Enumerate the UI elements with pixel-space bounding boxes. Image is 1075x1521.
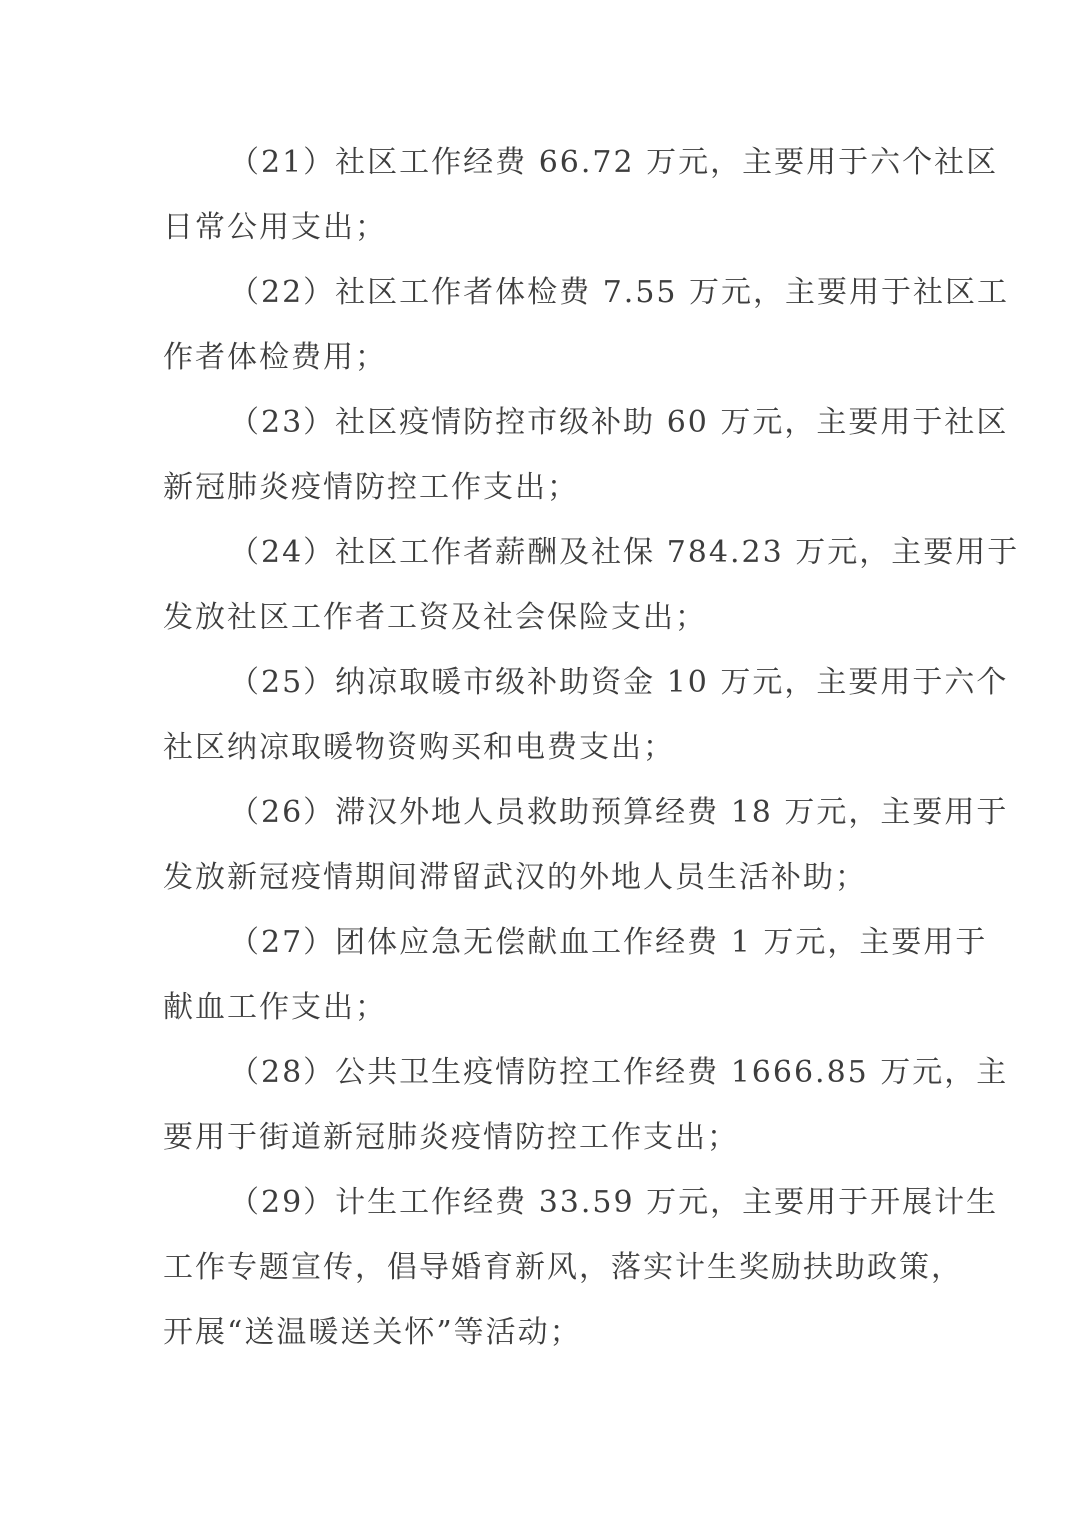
paragraph-26: （26）滞汉外地人员救助预算经费 18 万元，主要用于发放新冠疫情期间滞留武汉的… bbox=[163, 780, 910, 910]
text-line: （27）团体应急无偿献血工作经费 1 万元，主要用于 bbox=[163, 910, 910, 975]
paragraph-23: （23）社区疫情防控市级补助 60 万元，主要用于社区新冠肺炎疫情防控工作支出； bbox=[163, 390, 910, 520]
text-line: （29）计生工作经费 33.59 万元，主要用于开展计生 bbox=[163, 1170, 910, 1235]
text-line: 工作专题宣传，倡导婚育新风，落实计生奖励扶助政策， bbox=[163, 1235, 910, 1300]
text-line: 献血工作支出； bbox=[163, 975, 910, 1040]
text-line: 社区纳凉取暖物资购买和电费支出； bbox=[163, 715, 910, 780]
paragraph-28: （28）公共卫生疫情防控工作经费 1666.85 万元，主要用于街道新冠肺炎疫情… bbox=[163, 1040, 910, 1170]
text-line: 新冠肺炎疫情防控工作支出； bbox=[163, 455, 910, 520]
paragraph-29: （29）计生工作经费 33.59 万元，主要用于开展计生工作专题宣传，倡导婚育新… bbox=[163, 1170, 910, 1365]
document-body: （21）社区工作经费 66.72 万元，主要用于六个社区日常公用支出；（22）社… bbox=[163, 130, 910, 1365]
text-line: 日常公用支出； bbox=[163, 195, 910, 260]
text-line: （25）纳凉取暖市级补助资金 10 万元，主要用于六个 bbox=[163, 650, 910, 715]
text-line: （26）滞汉外地人员救助预算经费 18 万元，主要用于 bbox=[163, 780, 910, 845]
text-line: 作者体检费用； bbox=[163, 325, 910, 390]
paragraph-22: （22）社区工作者体检费 7.55 万元，主要用于社区工作者体检费用； bbox=[163, 260, 910, 390]
document-page: （21）社区工作经费 66.72 万元，主要用于六个社区日常公用支出；（22）社… bbox=[0, 0, 1075, 1521]
paragraph-25: （25）纳凉取暖市级补助资金 10 万元，主要用于六个社区纳凉取暖物资购买和电费… bbox=[163, 650, 910, 780]
text-line: （21）社区工作经费 66.72 万元，主要用于六个社区 bbox=[163, 130, 910, 195]
text-line: （28）公共卫生疫情防控工作经费 1666.85 万元，主 bbox=[163, 1040, 910, 1105]
text-line: 开展“送温暖送关怀”等活动； bbox=[163, 1300, 910, 1365]
text-line: 发放新冠疫情期间滞留武汉的外地人员生活补助； bbox=[163, 845, 910, 910]
text-line: 要用于街道新冠肺炎疫情防控工作支出； bbox=[163, 1105, 910, 1170]
paragraph-27: （27）团体应急无偿献血工作经费 1 万元，主要用于献血工作支出； bbox=[163, 910, 910, 1040]
text-line: （22）社区工作者体检费 7.55 万元，主要用于社区工 bbox=[163, 260, 910, 325]
paragraph-21: （21）社区工作经费 66.72 万元，主要用于六个社区日常公用支出； bbox=[163, 130, 910, 260]
text-line: （23）社区疫情防控市级补助 60 万元，主要用于社区 bbox=[163, 390, 910, 455]
text-line: （24）社区工作者薪酬及社保 784.23 万元，主要用于 bbox=[163, 520, 910, 585]
text-line: 发放社区工作者工资及社会保险支出； bbox=[163, 585, 910, 650]
paragraph-24: （24）社区工作者薪酬及社保 784.23 万元，主要用于发放社区工作者工资及社… bbox=[163, 520, 910, 650]
